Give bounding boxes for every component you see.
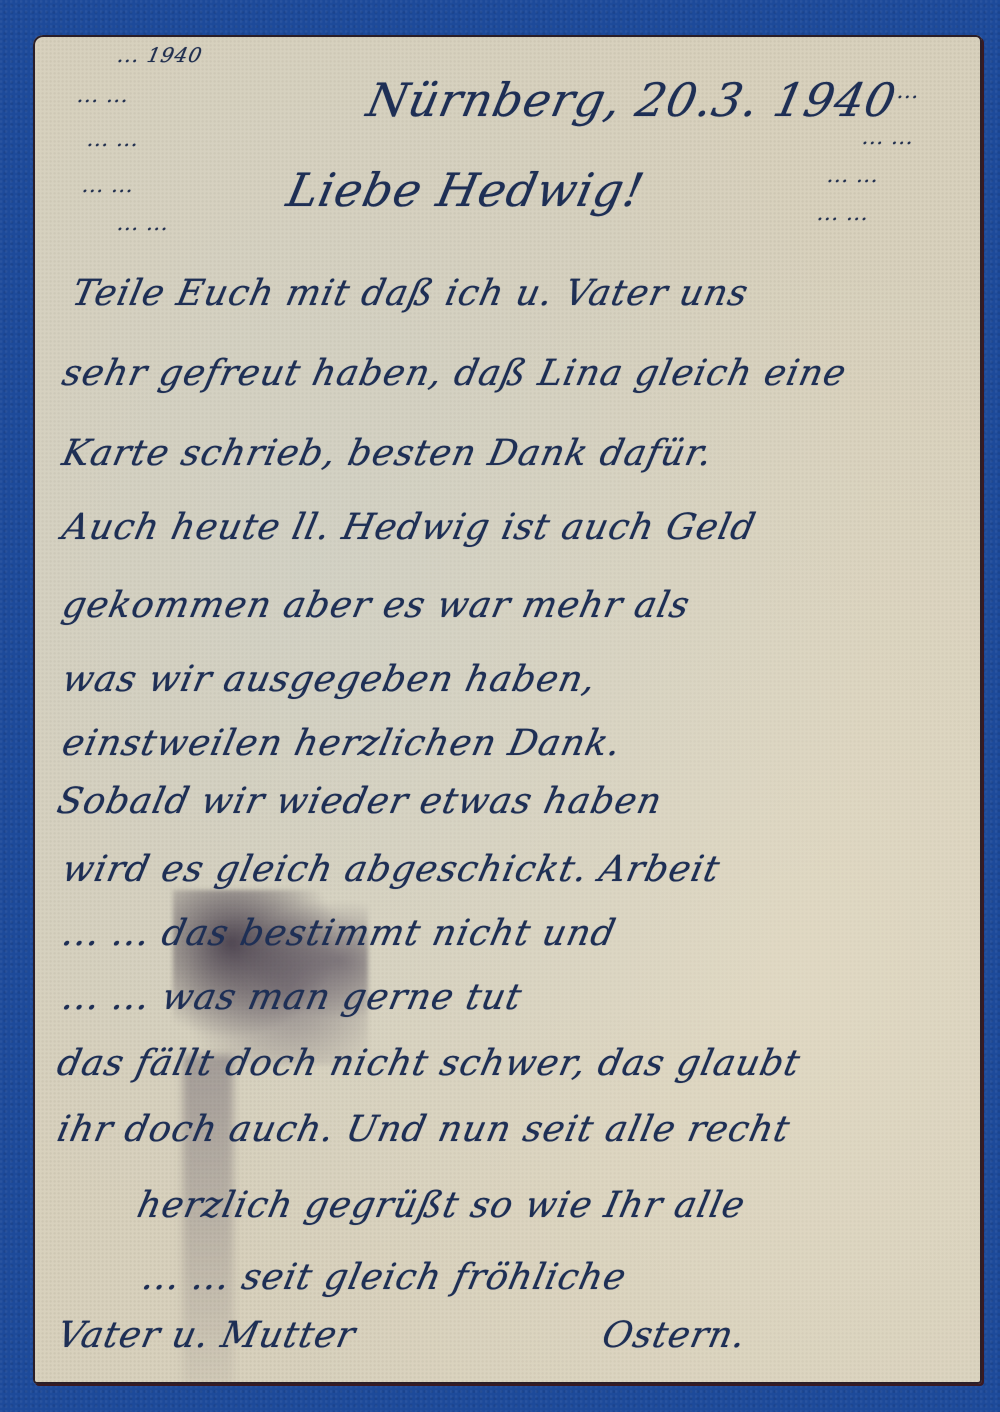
place-date: Nürnberg, 20.3. 1940 bbox=[362, 73, 901, 127]
body-line: wird es gleich abgeschickt. Arbeit bbox=[59, 849, 724, 890]
body-line: ... ... das bestimmt nicht und bbox=[59, 913, 620, 954]
body-line: herzlich gegrüßt so wie Ihr alle bbox=[134, 1185, 749, 1226]
margin-note-right: ... ... bbox=[860, 125, 917, 149]
margin-note-right: ... bbox=[895, 79, 922, 103]
body-line: ... ... was man gerne tut bbox=[59, 977, 526, 1018]
body-line: einstweilen herzlichen Dank. bbox=[59, 723, 625, 764]
body-line: ihr doch auch. Und nun seit alle recht bbox=[54, 1109, 794, 1150]
postcard: ... 1940 ... ... ... ... ... ... ... ...… bbox=[33, 35, 982, 1384]
margin-note-left: ... ... bbox=[85, 127, 142, 151]
greeting: Liebe Hedwig! bbox=[282, 163, 649, 217]
closing-word: Ostern. bbox=[599, 1315, 750, 1356]
body-line: das fällt doch nicht schwer, das glaubt bbox=[54, 1043, 805, 1084]
body-line: ... ... seit gleich fröhliche bbox=[139, 1257, 631, 1298]
margin-note-right: ... ... bbox=[825, 163, 882, 187]
body-line: gekommen aber es war mehr als bbox=[59, 585, 694, 626]
margin-note-left: ... 1940 bbox=[115, 43, 204, 67]
margin-note-left: ... ... bbox=[115, 211, 172, 235]
margin-note-right: ... ... bbox=[815, 201, 872, 225]
body-line: Teile Euch mit daß ich u. Vater uns bbox=[69, 273, 753, 314]
body-line: Auch heute ll. Hedwig ist auch Geld bbox=[59, 507, 760, 548]
body-line: Sobald wir wieder etwas haben bbox=[54, 781, 666, 822]
signature-parents: Vater u. Mutter bbox=[54, 1315, 360, 1356]
margin-note-left: ... ... bbox=[75, 83, 132, 107]
body-line: sehr gefreut haben, daß Lina gleich eine bbox=[59, 353, 851, 394]
body-line: was wir ausgegeben haben, bbox=[59, 659, 600, 700]
margin-note-left: ... ... bbox=[80, 173, 137, 197]
body-line: Karte schrieb, besten Dank dafür. bbox=[59, 433, 717, 474]
